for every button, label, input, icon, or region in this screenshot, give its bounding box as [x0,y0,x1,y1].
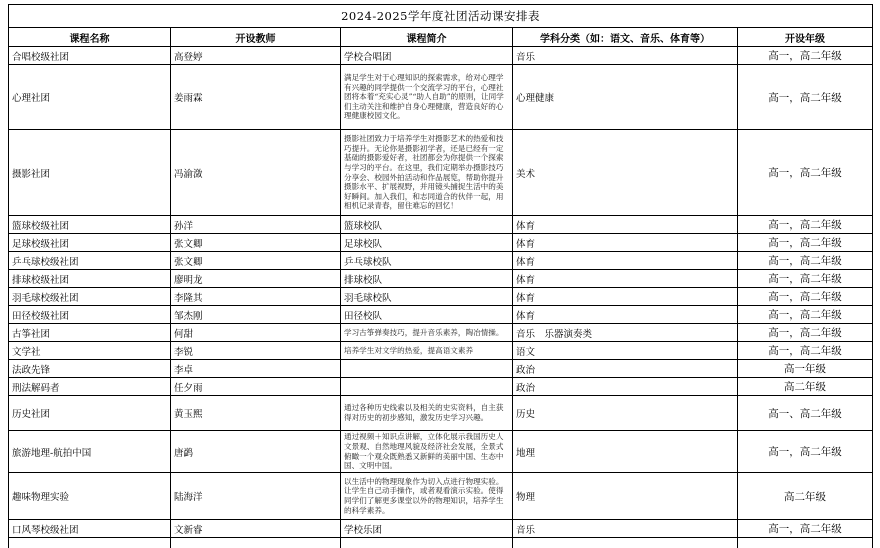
grade-cell: 高一，高二年级 [738,288,873,306]
grade-cell: 高一，高二年级 [738,130,873,216]
subject-cell: 体育 [513,252,738,270]
grade-cell: 高一，高二年级 [738,324,873,342]
subject-cell: 心理健康 [513,65,738,130]
teacher-cell: 李锐 [171,342,341,360]
subject-cell: 体育 [513,216,738,234]
intro-cell [341,538,513,548]
intro-cell [341,360,513,378]
teacher-cell: 陆海洋 [171,473,341,520]
teacher-cell: 张文卿 [171,234,341,252]
grade-cell: 高一，高二年级 [738,431,873,473]
teacher-cell: 文新睿 [171,520,341,538]
course-name-cell: 篮球校级社团 [9,216,171,234]
course-name-cell: 足球校级社团 [9,234,171,252]
subject-cell: 政治 [513,360,738,378]
intro-cell: 通过各种历史线索以及相关的史实资料，自主获得对历史的初步感知，激发历史学习兴趣。 [341,396,513,431]
course-name-cell: 法政先锋 [9,360,171,378]
teacher-cell: 李隆其 [171,288,341,306]
intro-cell: 篮球校队 [341,216,513,234]
table-row: 心理社团姜雨霖满足学生对于心理知识的探索需求，给对心理学有兴趣的同学提供一个交流… [9,65,873,130]
table-row [9,538,873,548]
subject-cell [513,538,738,548]
grade-cell: 高一，高二年级 [738,252,873,270]
subject-cell: 体育 [513,270,738,288]
grade-cell: 高二年级 [738,378,873,396]
intro-cell: 学校合唱团 [341,47,513,65]
grade-cell [738,538,873,548]
grade-cell: 高一、高二年级 [738,396,873,431]
course-name-cell: 排球校级社团 [9,270,171,288]
subject-cell: 历史 [513,396,738,431]
table-row: 古筝社团何甜学习古筝弹奏技巧，提升音乐素养，陶冶情操。音乐 乐器演奏类高一，高二… [9,324,873,342]
subject-cell: 音乐 [513,47,738,65]
course-name-cell: 合唱校级社团 [9,47,171,65]
intro-cell: 足球校队 [341,234,513,252]
column-header-row: 课程名称开设教师课程简介学科分类（如：语文、音乐、体育等）开设年级 [9,28,873,47]
table-title: 2024-2025学年度社团活动课安排表 [9,5,873,28]
teacher-cell: 任夕雨 [171,378,341,396]
grade-cell: 高一年级 [738,360,873,378]
course-name-cell: 历史社团 [9,396,171,431]
table-row: 文学社李锐培养学生对文学的热爱，提高语文素养语文高一，高二年级 [9,342,873,360]
intro-cell: 培养学生对文学的热爱，提高语文素养 [341,342,513,360]
table-row: 刑法解码者任夕雨政治高二年级 [9,378,873,396]
teacher-cell: 何甜 [171,324,341,342]
subject-cell: 体育 [513,234,738,252]
course-name-cell: 口风琴校级社团 [9,520,171,538]
grade-cell: 高一，高二年级 [738,342,873,360]
column-header: 开设教师 [171,28,341,47]
teacher-cell: 唐鹢 [171,431,341,473]
subject-cell: 物理 [513,473,738,520]
table-row: 法政先锋李卓政治高一年级 [9,360,873,378]
table-row: 口风琴校级社团文新睿学校乐团音乐高一，高二年级 [9,520,873,538]
teacher-cell: 邹杰刚 [171,306,341,324]
teacher-cell: 李卓 [171,360,341,378]
course-name-cell: 刑法解码者 [9,378,171,396]
club-activity-table: 2024-2025学年度社团活动课安排表 课程名称开设教师课程简介学科分类（如：… [8,4,873,548]
table-row: 羽毛球校级社团李隆其羽毛球校队体育高一，高二年级 [9,288,873,306]
intro-cell: 学校乐团 [341,520,513,538]
grade-cell: 高一，高二年级 [738,306,873,324]
table-row: 旅游地理-航拍中国唐鹢通过视频＋知识点讲解，立体化展示我国历史人文景观、自然地理… [9,431,873,473]
column-header: 课程名称 [9,28,171,47]
grade-cell: 高一，高二年级 [738,520,873,538]
table-row: 趣味物理实验陆海洋以生活中的物理现象作为切入点进行物理实验。让学生自己动手操作，… [9,473,873,520]
table-row: 篮球校级社团孙洋篮球校队体育高一，高二年级 [9,216,873,234]
subject-cell: 语文 [513,342,738,360]
subject-cell: 体育 [513,306,738,324]
course-name-cell [9,538,171,548]
grade-cell: 高一，高二年级 [738,234,873,252]
table-row: 摄影社团冯渝潋摄影社团致力于培养学生对摄影艺术的热爱和技巧提升。无论你是摄影初学… [9,130,873,216]
intro-cell [341,378,513,396]
intro-cell: 乒乓球校队 [341,252,513,270]
course-name-cell: 羽毛球校级社团 [9,288,171,306]
course-name-cell: 文学社 [9,342,171,360]
subject-cell: 政治 [513,378,738,396]
course-name-cell: 趣味物理实验 [9,473,171,520]
title-row: 2024-2025学年度社团活动课安排表 [9,5,873,28]
grade-cell: 高一，高二年级 [738,47,873,65]
column-header: 课程简介 [341,28,513,47]
subject-cell: 体育 [513,288,738,306]
intro-cell: 摄影社团致力于培养学生对摄影艺术的热爱和技巧提升。无论你是摄影初学者，还是已经有… [341,130,513,216]
teacher-cell: 张文卿 [171,252,341,270]
subject-cell: 地理 [513,431,738,473]
intro-cell: 排球校队 [341,270,513,288]
course-name-cell: 田径校级社团 [9,306,171,324]
course-name-cell: 古筝社团 [9,324,171,342]
course-name-cell: 乒乓球校级社团 [9,252,171,270]
grade-cell: 高一，高二年级 [738,216,873,234]
table-row: 排球校级社团廖明龙排球校队体育高一，高二年级 [9,270,873,288]
table-row: 乒乓球校级社团张文卿乒乓球校队体育高一，高二年级 [9,252,873,270]
teacher-cell: 孙洋 [171,216,341,234]
teacher-cell: 廖明龙 [171,270,341,288]
subject-cell: 音乐 [513,520,738,538]
intro-cell: 以生活中的物理现象作为切入点进行物理实验。让学生自己动手操作，或者观看演示实验。… [341,473,513,520]
intro-cell: 学习古筝弹奏技巧，提升音乐素养，陶冶情操。 [341,324,513,342]
schedule-document-page: 2024-2025学年度社团活动课安排表 课程名称开设教师课程简介学科分类（如：… [0,0,880,548]
subject-cell: 音乐 乐器演奏类 [513,324,738,342]
column-header: 学科分类（如：语文、音乐、体育等） [513,28,738,47]
table-row: 田径校级社团邹杰刚田径校队体育高一，高二年级 [9,306,873,324]
intro-cell: 羽毛球校队 [341,288,513,306]
subject-cell: 美术 [513,130,738,216]
teacher-cell [171,538,341,548]
course-name-cell: 心理社团 [9,65,171,130]
intro-cell: 满足学生对于心理知识的探索需求，给对心理学有兴趣的同学提供一个交流学习的平台，心… [341,65,513,130]
teacher-cell: 冯渝潋 [171,130,341,216]
grade-cell: 高一，高二年级 [738,65,873,130]
intro-cell: 田径校队 [341,306,513,324]
table-row: 合唱校级社团高登婷学校合唱团音乐高一，高二年级 [9,47,873,65]
teacher-cell: 高登婷 [171,47,341,65]
intro-cell: 通过视频＋知识点讲解，立体化展示我国历史人文景观、自然地理风貌及经济社会发展，全… [341,431,513,473]
course-name-cell: 旅游地理-航拍中国 [9,431,171,473]
teacher-cell: 黄玉熙 [171,396,341,431]
table-row: 足球校级社团张文卿足球校队体育高一，高二年级 [9,234,873,252]
course-name-cell: 摄影社团 [9,130,171,216]
column-header: 开设年级 [738,28,873,47]
table-row: 历史社团黄玉熙通过各种历史线索以及相关的史实资料，自主获得对历史的初步感知，激发… [9,396,873,431]
teacher-cell: 姜雨霖 [171,65,341,130]
grade-cell: 高二年级 [738,473,873,520]
grade-cell: 高一，高二年级 [738,270,873,288]
